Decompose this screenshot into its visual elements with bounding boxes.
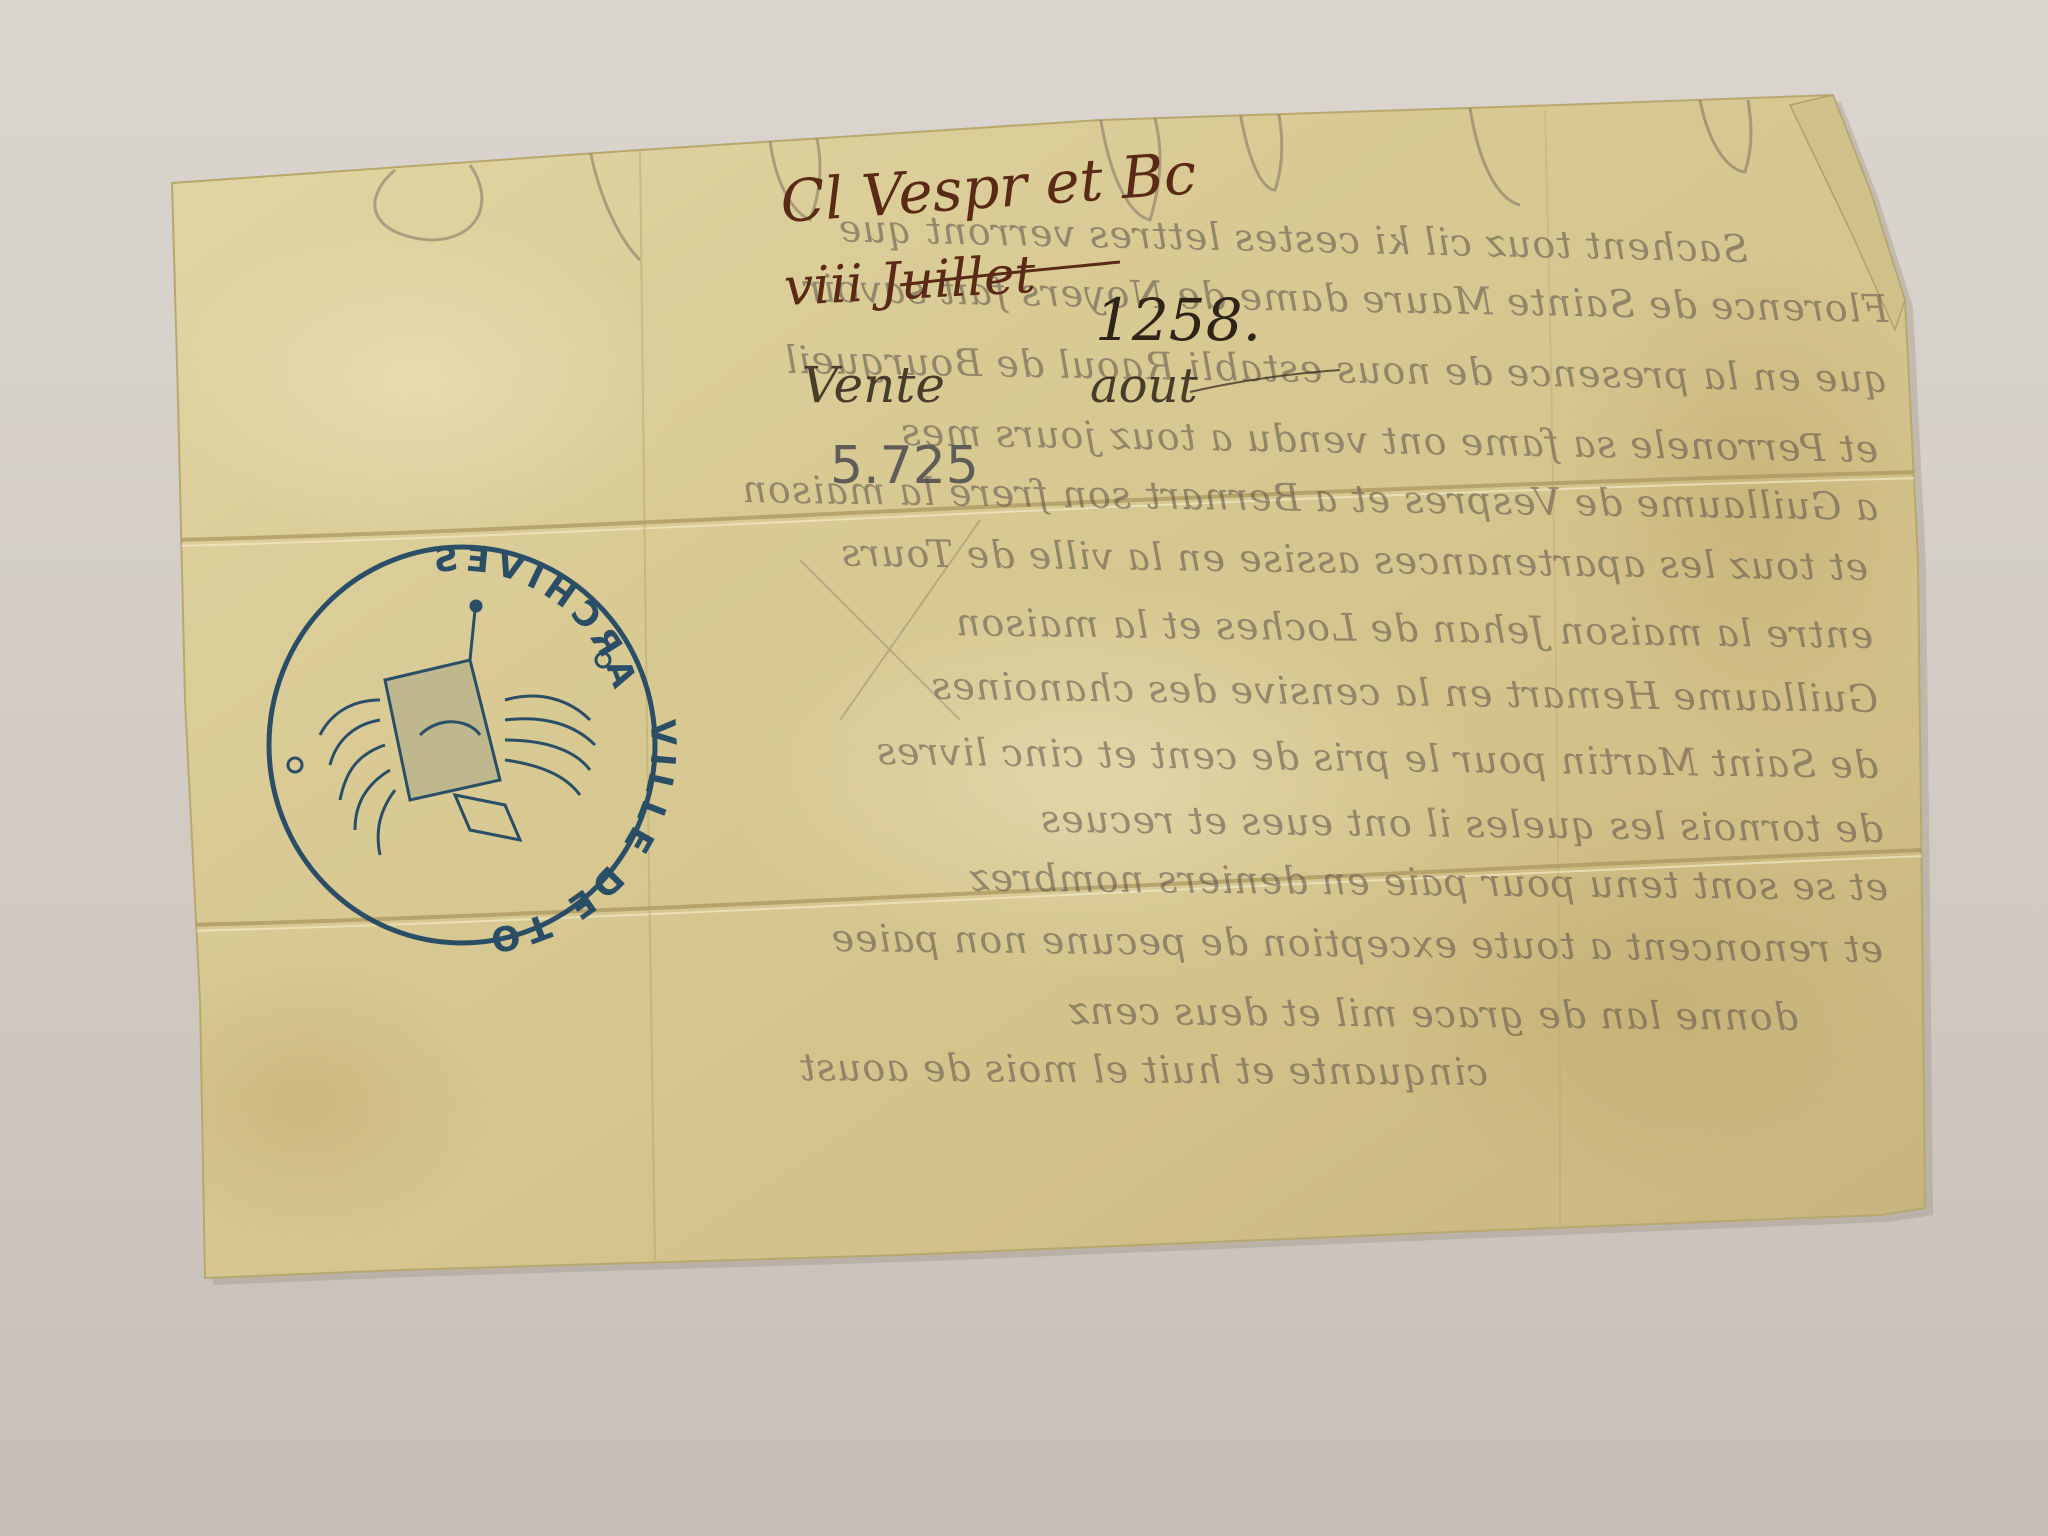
annotation-catalog-number: 5.725 [830, 436, 979, 496]
annotation-month: aout [1090, 358, 1198, 414]
bleed-line: cinquante et huit el mois de aoust [799, 1045, 1488, 1094]
bleed-line: donne lan de grace mil et deus cenz [1068, 989, 1799, 1039]
annotation-year: 1258. [1095, 286, 1261, 354]
annotation-type: Vente [802, 356, 945, 414]
photo-scene: Sachent touz cil ki cestes lettres verro… [0, 0, 2048, 1536]
